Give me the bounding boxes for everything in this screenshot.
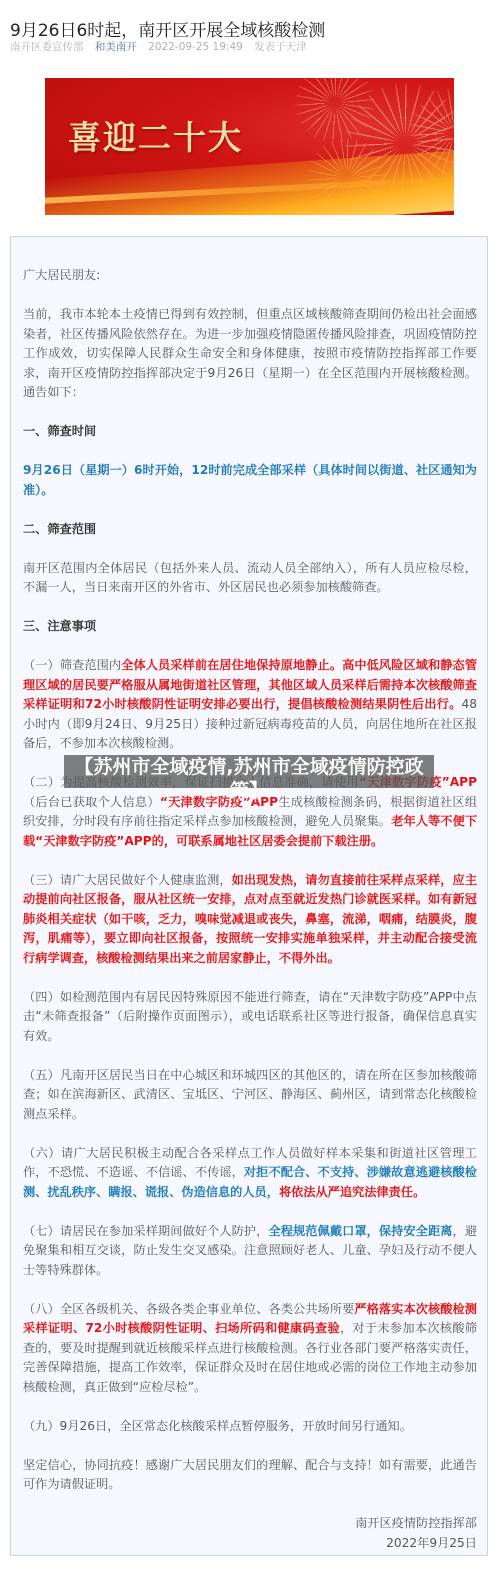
publish-location: 发表于天津 bbox=[254, 41, 307, 53]
publish-datetime: 2022-09-25 19:49 bbox=[148, 41, 243, 53]
section-heading-scope: 二、筛查范围 bbox=[23, 520, 477, 540]
note-item-6: （六）请广大居民积极主动配合各采样点工作人员做好样本采集和街道社区管理工作，不恐… bbox=[23, 1144, 477, 1203]
closing-paragraph: 坚定信心，协同抗疫！感谢广大居民朋友们的理解、配合与支持！如有需要，此通告可作为… bbox=[23, 1456, 477, 1495]
notice-content: 广大居民朋友: 当前，我市本轮本土疫情已得到有效控制，但重点区域核酸筛查期间仍检… bbox=[23, 266, 477, 1553]
intro-paragraph: 当前，我市本轮本土疫情已得到有效控制，但重点区域核酸筛查期间仍检出社会面感染者，… bbox=[23, 305, 477, 403]
note-item-3: （三）请广大居民做好个人健康监测，如出现发热，请勿直接前往采样点采样，应主动提前… bbox=[23, 871, 477, 969]
note-item-8: （八）全区各级机关、各级各类企事业单位、各类公共场所要严格落实本次核酸检测采样证… bbox=[23, 1300, 477, 1398]
article-meta: 南开区委宣传部 和美南开 2022-09-25 19:49 发表于天津 bbox=[10, 40, 315, 54]
signature-date: 2022年9月25日 bbox=[23, 1534, 477, 1554]
note-item-5: （五）凡南开区居民当日在中心城区和环城四区的其他区的，请在所在区参加核酸筛查；如… bbox=[23, 1066, 477, 1125]
source-label: 南开区委宣传部 bbox=[10, 41, 84, 53]
signature-org: 南开区疫情防控指挥部 bbox=[23, 1514, 477, 1534]
note-item-1: （一）筛查范围内全体人员采样前在居住地保持原地静止。高中低风险区域和静态管理区域… bbox=[23, 656, 477, 754]
section-time-body: 9月26日（星期一）6时开始，12时前完成全部采样（具体时间以街道、社区通知为准… bbox=[23, 461, 477, 500]
section-scope-body: 南开区范围内全体居民（包括外来人员、流动人员全部纳入），所有人员应检尽检，不漏一… bbox=[23, 559, 477, 598]
section-heading-notes: 三、注意事项 bbox=[23, 617, 477, 637]
greeting: 广大居民朋友: bbox=[23, 266, 477, 286]
section-heading-time: 一、筛查时间 bbox=[23, 422, 477, 442]
banner-slogan: 喜迎二十大 bbox=[68, 116, 243, 160]
overlay-caption: 【苏州市全域疫情,苏州市全域疫情防控政策】 bbox=[64, 755, 434, 803]
banner-image: 喜迎二十大 bbox=[45, 78, 454, 215]
account-link[interactable]: 和美南开 bbox=[95, 41, 137, 53]
note-item-7: （七）请居民在参加采样期间做好个人防护，全程规范佩戴口罩，保持安全距离，避免聚集… bbox=[23, 1222, 477, 1281]
note-item-4: （四）如检测范围内有居民因特殊原因不能进行筛查，请在“天津数字防疫”APP中点击… bbox=[23, 988, 477, 1047]
note-item-9: （九）9月26日，全区常态化核酸采样点暂停服务，开放时间另行通知。 bbox=[23, 1417, 477, 1437]
